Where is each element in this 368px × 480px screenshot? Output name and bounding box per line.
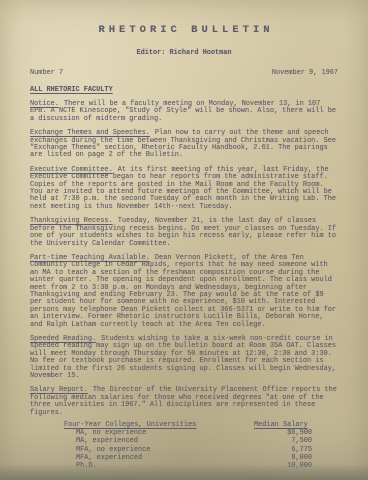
issue-date: November 9, 1967 bbox=[272, 69, 338, 77]
addressee-line: ALL RHETORIC FACULTY bbox=[30, 86, 338, 94]
paragraph-speeded-reading: Speeded Reading.Students wishing to take… bbox=[30, 336, 338, 380]
bulletin-page: RHETORIC BULLETIN Editor: Richard Hootma… bbox=[0, 0, 368, 480]
paragraph-executive-committee: Executive Committee.At its first meeting… bbox=[30, 167, 338, 211]
table-row: MFA, no experience 6,775 bbox=[64, 446, 338, 454]
paragraph-speeded-reading-body: Students wishing to take a six-week non-… bbox=[30, 335, 336, 380]
salary-row-label: MFA, experienced bbox=[64, 454, 250, 462]
paragraph-part-time-teaching-body: Dean Vernon Pickett, of the Area Ten Com… bbox=[30, 254, 336, 329]
paragraph-salary-report: Salary Report.The Director of the Univer… bbox=[30, 387, 338, 417]
page-title: RHETORIC BULLETIN bbox=[30, 24, 342, 36]
salary-table-col1-header: Four-Year Colleges, Universities bbox=[64, 421, 250, 429]
salary-row-label: MA, experienced bbox=[64, 437, 250, 445]
paragraph-executive-committee-body: At its first meeting of this year, last … bbox=[30, 166, 336, 211]
salary-row-label: MFA, no experience bbox=[64, 446, 250, 454]
paragraph-part-time-teaching: Part-time Teaching Available.Dean Vernon… bbox=[30, 255, 338, 329]
salary-table-col2-header: Median Salary bbox=[250, 421, 316, 429]
table-row: MFA, experienced 8,000 bbox=[64, 454, 338, 462]
table-row: MA, experienced 7,500 bbox=[64, 437, 338, 445]
paragraph-exchange-themes: Exchange Themes and Speeches.Plan now to… bbox=[30, 130, 338, 160]
salary-row-value: 7,500 bbox=[250, 437, 312, 445]
paragraph-notice-body: There will be a faculty meeting on Monda… bbox=[30, 100, 336, 123]
salary-table-header-row: Four-Year Colleges, Universities Median … bbox=[64, 421, 338, 429]
paragraph-thanksgiving-recess: Thanksgiving Recess.Tuesday, November 21… bbox=[30, 218, 338, 248]
issue-meta-row: Number 7 November 9, 1967 bbox=[30, 69, 338, 77]
editor-line: Editor: Richard Hootman bbox=[30, 49, 338, 57]
paragraph-notice: Notice.There will be a faculty meeting o… bbox=[30, 101, 338, 123]
salary-table: Four-Year Colleges, Universities Median … bbox=[64, 421, 338, 470]
salary-row-value: 6,775 bbox=[250, 446, 312, 454]
page-bottom-shadow bbox=[0, 464, 368, 480]
issue-number: Number 7 bbox=[30, 69, 63, 77]
salary-row-value: 8,000 bbox=[250, 454, 312, 462]
